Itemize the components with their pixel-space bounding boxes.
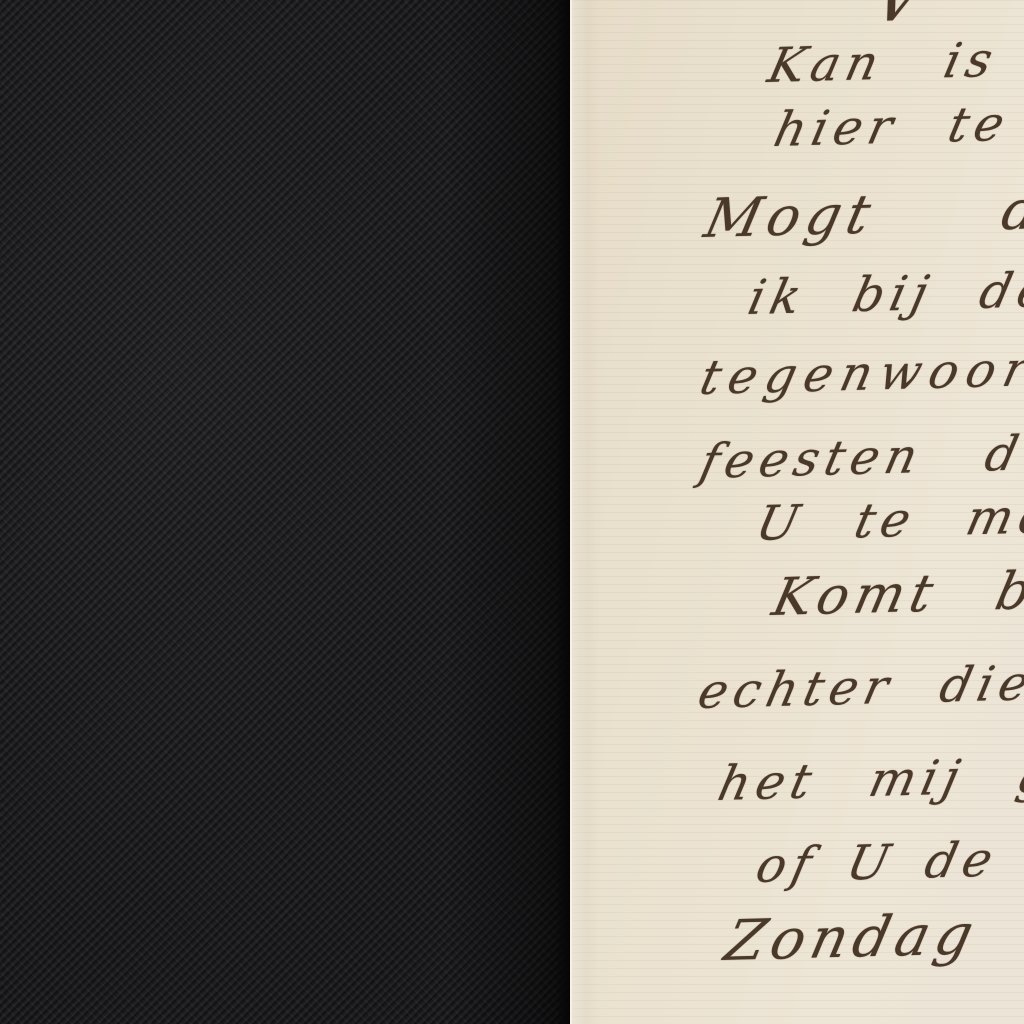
letter-page: V Kan is a hier te Mogt d ik bij de tege… [570,0,1024,1024]
handwriting-line: of U de a [752,834,1024,890]
cloth-cover [0,0,570,1024]
handwriting-line: het mij ge [714,750,1024,808]
handwriting-line: hier te [770,100,1015,154]
handwriting-line: Zondag [720,907,984,970]
letter-photograph: V Kan is a hier te Mogt d ik bij de tege… [0,0,1024,1024]
handwriting-line: Mogt d [700,183,1024,246]
handwriting-line: Komt b [768,565,1024,624]
handwriting-line: feesten d [696,430,1024,486]
page-edge-shadow [556,0,570,1024]
handwriting-line: ik bij de [744,266,1024,322]
handwriting-line: U te mo [752,492,1024,548]
handwriting-line: Kan is a [764,34,1024,90]
paper-edge-highlight [570,0,572,1024]
handwriting-line: tegenwoor [696,345,1024,402]
handwriting-line: echter die [694,659,1024,716]
handwriting-line: V [868,0,937,32]
